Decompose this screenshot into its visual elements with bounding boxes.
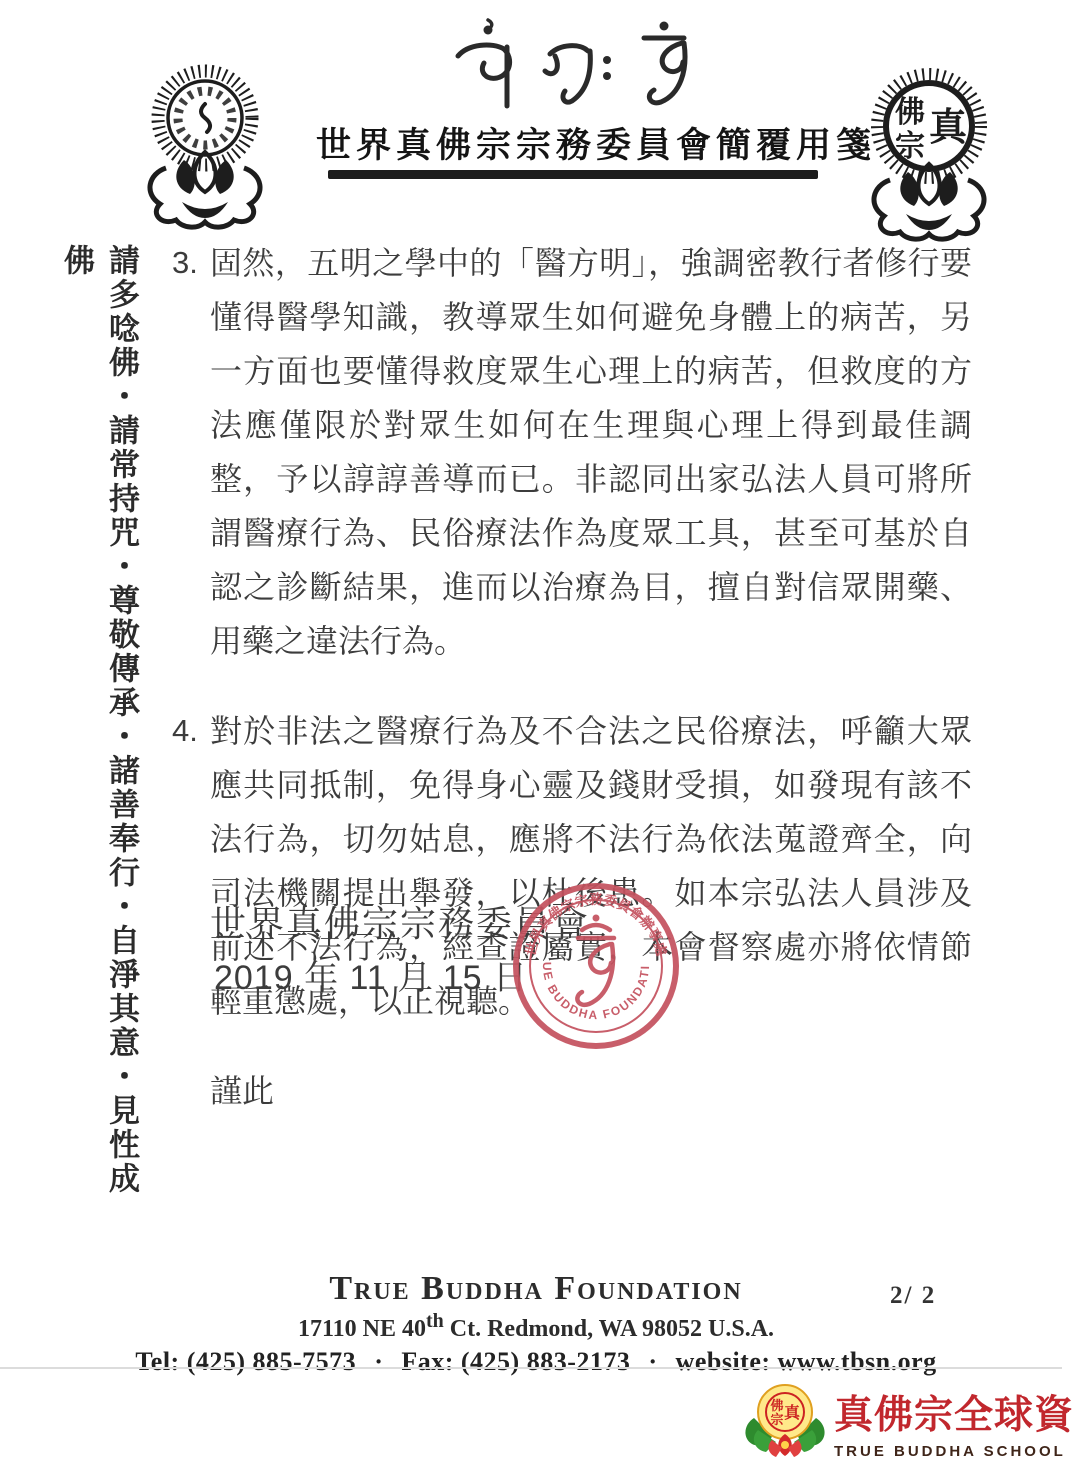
footer-address: 17110 NE 40th Ct. Redmond, WA 98052 U.S.… bbox=[36, 1310, 1036, 1343]
lotus-sun-emblem-left-icon bbox=[138, 56, 272, 236]
paragraph-3: 3. 固然，五明之學中的「醫方明」，強調密教行者修行要懂得醫學知識，教導眾生如何… bbox=[172, 236, 972, 668]
footer-address-pre: 17110 NE 40 bbox=[298, 1316, 426, 1342]
svg-text:宗: 宗 bbox=[770, 1412, 783, 1427]
footer-separator-1: · bbox=[356, 1347, 401, 1376]
svg-text:真: 真 bbox=[784, 1403, 801, 1422]
vertical-motto: 請多唸佛・請常持咒・尊敬傳承・諸善奉行・自淨其意・見性成佛 bbox=[54, 244, 144, 1200]
svg-text:宗: 宗 bbox=[895, 130, 925, 163]
footer-website: website: www.tbsn.org bbox=[676, 1347, 937, 1376]
seed-syllables-icon bbox=[442, 16, 688, 118]
footer-tel: Tel: (425) 885-7573 bbox=[135, 1347, 356, 1376]
tbsn-emblem-icon: 真 佛 宗 bbox=[742, 1378, 828, 1464]
tbsn-brand-text: 真佛宗全球資訊網 TRUE BUDDHA SCHOOL NET bbox=[834, 1384, 1072, 1460]
footer-org-name: True Buddha Foundation bbox=[36, 1270, 1036, 1308]
footer-address-post: Ct. Redmond, WA 98052 U.S.A. bbox=[444, 1316, 774, 1342]
paragraph-3-text: 固然，五明之學中的「醫方明」，強調密教行者修行要懂得醫學知識，教導眾生如何避免身… bbox=[210, 236, 972, 668]
footer: True Buddha Foundation 17110 NE 40th Ct.… bbox=[36, 1270, 1036, 1377]
closing-line: 謹此 bbox=[172, 1064, 972, 1118]
svg-text:佛: 佛 bbox=[769, 1398, 783, 1413]
seal-seed-syllable-icon bbox=[577, 915, 614, 1005]
title-divider-rule bbox=[328, 170, 818, 179]
paragraph-4-number: 4. bbox=[172, 704, 210, 1028]
signature-date: 2019 年 11 月 15 日 bbox=[214, 950, 528, 999]
tbsn-english-name: TRUE BUDDHA SCHOOL NET bbox=[834, 1443, 1072, 1460]
letterhead-title: 世界真佛宗宗務委員會簡覆用箋 bbox=[316, 118, 820, 168]
svg-text:真: 真 bbox=[929, 107, 969, 149]
tbsn-brand-logo: 真 佛 宗 真佛宗全球資訊網 TRUE BUDDHA SCHOOL NET bbox=[742, 1378, 1072, 1464]
closing-text: 謹此 bbox=[210, 1064, 972, 1118]
foundation-seal: 世界真佛宗宗務委員會辦事處 TRUE BUDDHA FOUNDATION bbox=[510, 880, 682, 1052]
svg-text:佛: 佛 bbox=[895, 96, 925, 129]
paragraph-3-number: 3. bbox=[172, 236, 210, 668]
true-buddha-school-emblem-right-icon: 真 佛 宗 bbox=[854, 60, 1004, 244]
tbsn-chinese-name: 真佛宗全球資訊網 bbox=[834, 1384, 1072, 1440]
scan-edge-rule bbox=[0, 1367, 1062, 1369]
footer-address-sup: th bbox=[426, 1310, 444, 1332]
footer-contact-line: Tel: (425) 885-7573·Fax: (425) 883-2173·… bbox=[36, 1347, 1036, 1377]
page-number: 2/ 2 bbox=[890, 1282, 936, 1310]
closing-spacer bbox=[172, 1064, 210, 1118]
footer-separator-2: · bbox=[630, 1347, 675, 1376]
footer-fax: Fax: (425) 883-2173 bbox=[401, 1347, 630, 1376]
